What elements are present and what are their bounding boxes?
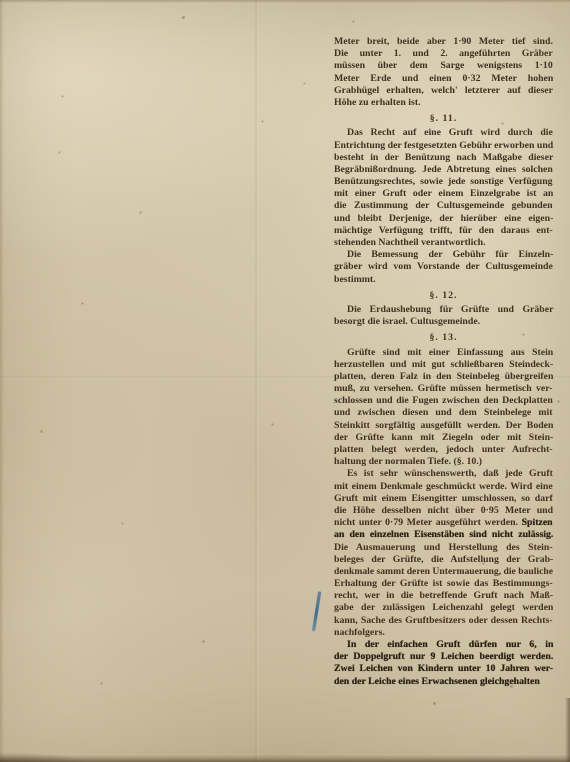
text-segment: der Doppelgruft nur 9 Leichen beerdigt w… [334,651,553,662]
text-segment: gabe der zulässigen Leichenzahl gelegt w… [334,602,553,613]
text-line: Grüfte sind mit einer Einfassung aus Ste… [334,347,553,359]
text-line: In der einfachen Gruft dürfen nur 6, in [334,639,553,651]
text-segment: gräber wird vom Vorstande der Cultusgeme… [334,261,553,272]
scan-edge-left [0,0,4,762]
text-segment: denkmale sammt deren Untermauerung, die … [334,566,553,577]
text-line: Steinkitt sorgfältig ausgefüllt werden. … [334,420,553,432]
text-segment: Das Recht auf eine Gruft wird durch die [347,127,553,138]
text-line: und zwischen diesen und dem Steinbelege … [334,407,553,419]
text-line: mit einem Denkmale geschmückt werde. Wir… [334,481,553,493]
text-line-content: besteht in der Benützung nach Maßgabe di… [334,152,553,164]
text-line-content: beleges der Grüfte, die Aufstellung der … [334,554,553,566]
text-line: Zwei Leichen von Kindern unter 10 Jahren… [334,663,553,675]
text-line-content: und zwischen diesen und dem Steinbelege … [334,407,553,419]
text-segment: Meter breit, beide aber 1·90 Meter tief … [334,36,553,47]
text-line-content: Steinkitt sorgfältig ausgefüllt werden. … [334,420,553,432]
text-line: bestimmt. [334,274,553,286]
text-line-content: Es ist sehr wünschenswerth, daß jede Gru… [347,468,553,480]
text-line: Höhe zu erhalten ist. [334,97,553,109]
scanned-page: Meter breit, beide aber 1·90 Meter tief … [0,0,570,762]
text-line-content: den der Leiche eines Erwachsenen gleichg… [334,676,540,688]
text-line-content: recht, wer in die betreffende Gruft nach… [334,590,553,602]
text-line: die Zustimmung der Cultusgemeinde gebund… [334,200,553,212]
text-line-content: die Höhe desselben nicht über 0·95 Meter… [334,505,553,517]
text-line: Erhaltung der Grüfte ist sowie das Besti… [334,578,553,590]
text-line-content: mit einem Denkmale geschmückt werde. Wir… [334,481,553,493]
text-line-content: Begräbnißordnung. Jede Abtretung eines s… [334,164,553,176]
text-line: nicht unter 0·79 Meter ausgeführt werden… [334,517,553,529]
text-segment: Die Bemessung der Gebühr für Einzeln- [347,249,553,260]
text-segment: stehenden Nachtheil verantwortlich. [334,237,486,248]
text-segment: platten belegt werden, jedoch unter Aufr… [334,444,553,455]
text-line: Meter Erde und einen 0·32 Meter hohen [334,73,553,85]
text-segment: besteht in der Benützung nach Maßgabe di… [334,152,553,163]
text-line: Die Bemessung der Gebühr für Einzeln- [334,249,553,261]
text-line-content: Meter Erde und einen 0·32 Meter hohen [334,73,553,85]
text-line: herzustellen und mit gut schließbaren St… [334,359,553,371]
text-line: Die Erdaushebung für Grüfte und Gräber [334,304,553,316]
text-segment: Entrichtung der festgesetzten Gebühr erw… [334,140,553,151]
text-segment: den der Leiche eines Erwachsenen gleichg… [334,676,540,687]
text-line-content: herzustellen und mit gut schließbaren St… [334,359,553,371]
text-segment: Die Ausmauerung und Herstellung des Stei… [334,542,553,553]
text-line-content: Grabhügel erhalten, welch' letzterer auf… [334,85,553,97]
text-line-content: der Doppelgruft nur 9 Leichen beerdigt w… [334,651,553,663]
text-segment: und bleibt Derjenige, der hierüber eine … [334,213,553,224]
text-line-content: haltung der normalen Tiefe. (§. 10.) [334,456,482,468]
text-line: kann, Sache des Gruftbesitzers oder dess… [334,615,553,627]
text-line-content: der Grüfte kann mit Ziegeln oder mit Ste… [334,432,553,444]
text-segment: Grabhügel erhalten, welch' letzterer auf… [334,85,553,96]
text-line-content: Meter breit, beide aber 1·90 Meter tief … [334,36,553,48]
emphasized-text: Spitzen [522,517,553,528]
text-segment: Grüfte sind mit einer Einfassung aus Ste… [347,347,553,358]
section-heading: §. 13. [334,332,553,344]
text-segment: Höhe zu erhalten ist. [334,97,421,108]
text-line: den der Leiche eines Erwachsenen gleichg… [334,676,553,688]
text-line: Entrichtung der festgesetzten Gebühr erw… [334,140,553,152]
text-line-content: Erhaltung der Grüfte ist sowie das Besti… [334,578,553,590]
text-segment: kann, Sache des Gruftbesitzers oder dess… [334,615,553,626]
text-line: gräber wird vom Vorstande der Cultusgeme… [334,261,553,273]
text-line: Meter breit, beide aber 1·90 Meter tief … [334,36,553,48]
text-line-content: Das Recht auf eine Gruft wird durch die [347,127,553,139]
text-line-content: gräber wird vom Vorstande der Cultusgeme… [334,261,553,273]
text-line: schlossen und die Fugen zwischen den Dec… [334,395,553,407]
text-line: mit einer Gruft oder einem Einzelgrabe i… [334,188,553,200]
text-segment: Gruft mit einem Eisengitter umschlossen,… [334,493,553,504]
text-segment: und zwischen diesen und dem Steinbelege … [334,407,553,418]
text-segment: Es ist sehr wünschenswerth, daß jede Gru… [347,468,553,479]
text-line-content: müssen über dem Sarge wenigstens 1·10 [334,60,553,72]
text-column: Meter breit, beide aber 1·90 Meter tief … [334,36,553,688]
text-line: beleges der Grüfte, die Aufstellung der … [334,554,553,566]
text-segment: platten, deren Falz in den Steinbeleg üb… [334,371,553,382]
text-segment: Begräbnißordnung. Jede Abtretung eines s… [334,164,553,175]
text-line-content: Die Bemessung der Gebühr für Einzeln- [347,249,553,261]
section-heading: §. 12. [334,290,553,302]
text-line-content: gabe der zulässigen Leichenzahl gelegt w… [334,602,553,614]
text-line-content: platten belegt werden, jedoch unter Aufr… [334,444,553,456]
text-line-content: stehenden Nachtheil verantwortlich. [334,237,486,249]
text-segment: mit einem Denkmale geschmückt werde. Wir… [334,481,553,492]
text-line: platten belegt werden, jedoch unter Aufr… [334,444,553,456]
margin-pen-mark [312,591,321,631]
text-line: Die unter 1. und 2. angeführten Gräber [334,48,553,60]
text-line-content: Benützungsrechtes, sowie jede sonstige V… [334,176,553,188]
scan-edge-top [0,0,570,3]
text-line: haltung der normalen Tiefe. (§. 10.) [334,456,553,468]
text-segment: mit einer Gruft oder einem Einzelgrabe i… [334,188,553,199]
text-segment: besorgt die israel. Cultusgemeinde. [334,316,480,327]
text-line: besteht in der Benützung nach Maßgabe di… [334,152,553,164]
text-line: Es ist sehr wünschenswerth, daß jede Gru… [334,468,553,480]
text-segment: nachfolgers. [334,627,385,638]
text-line-content: Zwei Leichen von Kindern unter 10 Jahren… [334,663,553,675]
text-line-content: die Zustimmung der Cultusgemeinde gebund… [334,200,553,212]
text-line-content: Die Ausmauerung und Herstellung des Stei… [334,542,553,554]
vertical-fold-crease [254,0,259,762]
text-line-content: bestimmt. [334,274,376,286]
text-line: muß, zu versehen. Grüfte müssen hermetis… [334,383,553,395]
text-line: stehenden Nachtheil verantwortlich. [334,237,553,249]
text-line: Das Recht auf eine Gruft wird durch die [334,127,553,139]
text-line-content: Grüfte sind mit einer Einfassung aus Ste… [347,347,553,359]
text-segment: Die unter 1. und 2. angeführten Gräber [334,48,553,59]
text-line: mächtige Verfügung trifft, für den darau… [334,225,553,237]
text-segment: nicht unter 0·79 Meter ausgeführt werden… [334,517,522,528]
text-line: platten, deren Falz in den Steinbeleg üb… [334,371,553,383]
text-line-content: In der einfachen Gruft dürfen nur 6, in [347,639,553,651]
text-line-content: kann, Sache des Gruftbesitzers oder dess… [334,615,553,627]
text-segment: recht, wer in die betreffende Gruft nach… [334,590,553,601]
text-line: recht, wer in die betreffende Gruft nach… [334,590,553,602]
text-line-content: Entrichtung der festgesetzten Gebühr erw… [334,140,553,152]
emphasized-text: an den einzelnen Eisenstäben sind nicht … [334,529,553,540]
text-segment: der Grüfte kann mit Ziegeln oder mit Ste… [334,432,553,443]
text-segment: mächtige Verfügung trifft, für den darau… [334,225,553,236]
text-segment: Erhaltung der Grüfte ist sowie das Besti… [334,578,553,589]
text-line: Begräbnißordnung. Jede Abtretung eines s… [334,164,553,176]
text-line-content: mächtige Verfügung trifft, für den darau… [334,225,553,237]
text-line-content: Die Erdaushebung für Grüfte und Gräber [347,304,553,316]
text-segment: Zwei Leichen von Kindern unter 10 Jahren… [334,663,553,674]
text-segment: muß, zu versehen. Grüfte müssen hermetis… [334,383,553,394]
section-heading: §. 11. [334,113,553,125]
text-segment: Steinkitt sorgfältig ausgefüllt werden. … [334,420,553,431]
text-line-content: Die unter 1. und 2. angeführten Gräber [334,48,553,60]
text-line: an den einzelnen Eisenstäben sind nicht … [334,529,553,541]
text-segment: müssen über dem Sarge wenigstens 1·10 [334,60,553,71]
text-segment: die Zustimmung der Cultusgemeinde gebund… [334,200,553,211]
text-segment: Die Erdaushebung für Grüfte und Gräber [347,304,553,315]
text-segment: bestimmt. [334,274,376,285]
text-line-content: denkmale sammt deren Untermauerung, die … [334,566,553,578]
text-line-content: muß, zu versehen. Grüfte müssen hermetis… [334,383,553,395]
text-line-content: Gruft mit einem Eisengitter umschlossen,… [334,493,553,505]
text-line: müssen über dem Sarge wenigstens 1·10 [334,60,553,72]
text-line-content: und bleibt Derjenige, der hierüber eine … [334,213,553,225]
text-line-content: mit einer Gruft oder einem Einzelgrabe i… [334,188,553,200]
text-segment: In der einfachen Gruft dürfen nur 6, in [347,639,553,650]
text-line-content: besorgt die israel. Cultusgemeinde. [334,316,480,328]
text-segment: haltung der normalen Tiefe. (§. 10.) [334,456,482,467]
text-segment: die Höhe desselben nicht über 0·95 Meter… [334,505,553,516]
text-segment: beleges der Grüfte, die Aufstellung der … [334,554,553,565]
text-line: der Grüfte kann mit Ziegeln oder mit Ste… [334,432,553,444]
text-line: und bleibt Derjenige, der hierüber eine … [334,213,553,225]
text-segment: herzustellen und mit gut schließbaren St… [334,359,553,370]
text-line: gabe der zulässigen Leichenzahl gelegt w… [334,602,553,614]
text-line-content: schlossen und die Fugen zwischen den Dec… [334,395,553,407]
text-line: die Höhe desselben nicht über 0·95 Meter… [334,505,553,517]
text-line: nachfolgers. [334,627,553,639]
text-line: Gruft mit einem Eisengitter umschlossen,… [334,493,553,505]
text-line: Grabhügel erhalten, welch' letzterer auf… [334,85,553,97]
text-line-content: an den einzelnen Eisenstäben sind nicht … [334,529,553,541]
text-line: der Doppelgruft nur 9 Leichen beerdigt w… [334,651,553,663]
text-line: Die Ausmauerung und Herstellung des Stei… [334,542,553,554]
text-segment: schlossen und die Fugen zwischen den Dec… [334,395,553,406]
text-line-content: platten, deren Falz in den Steinbeleg üb… [334,371,553,383]
text-line: Benützungsrechtes, sowie jede sonstige V… [334,176,553,188]
text-line-content: Höhe zu erhalten ist. [334,97,421,109]
text-line: denkmale sammt deren Untermauerung, die … [334,566,553,578]
text-segment: Benützungsrechtes, sowie jede sonstige V… [334,176,553,187]
text-line-content: nicht unter 0·79 Meter ausgeführt werden… [334,517,553,529]
scan-edge-bottom-left [0,752,90,762]
text-segment: Meter Erde und einen 0·32 Meter hohen [334,73,553,84]
text-line-content: nachfolgers. [334,627,385,639]
scan-edge-right-bottom [565,698,570,762]
text-line: besorgt die israel. Cultusgemeinde. [334,316,553,328]
